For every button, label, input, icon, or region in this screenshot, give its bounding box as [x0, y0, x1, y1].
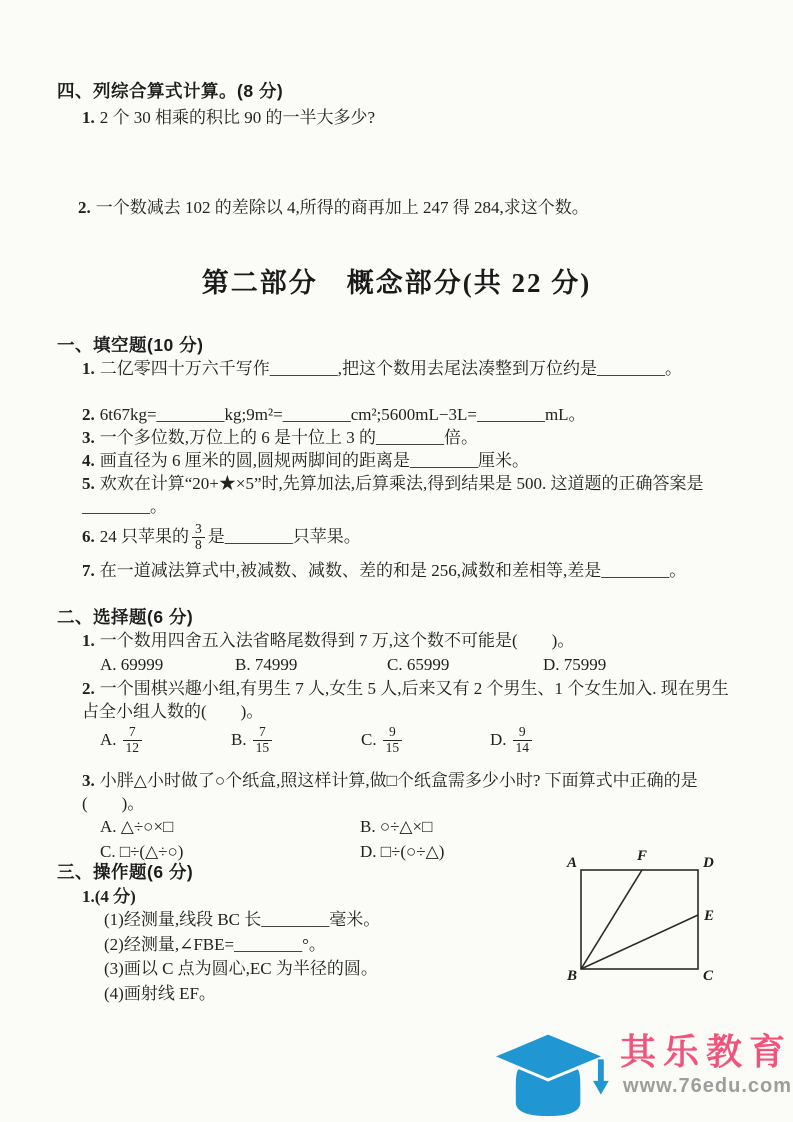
label-D: D — [702, 855, 714, 871]
option-a: A. △÷○×□ — [100, 815, 360, 838]
operate-steps: (1)经测量,线段 BC 长________毫米。 (2)经测量,∠FBE=__… — [104, 908, 544, 1006]
part-two-title: 第二部分 概念部分(共 22 分) — [0, 272, 793, 295]
fraction: 38 — [192, 522, 205, 552]
operate-step-4: (4)画射线 EF。 — [104, 982, 544, 1007]
question-text: 2 个 30 相乘的积比 90 的一半大多少? — [100, 108, 375, 127]
choice-question-1: 1.一个数用四舍五入法省略尾数得到 7 万,这个数不可能是( )。 — [82, 629, 744, 652]
fraction: 915 — [383, 725, 403, 755]
geometry-figure: A F D E B C — [548, 842, 738, 998]
question-text: 二亿零四十万六千写作________,把这个数用去尾法凑整到万位约是______… — [100, 359, 682, 378]
question-text: 6t67kg=________kg;9m²=________cm²;5600mL… — [100, 405, 586, 424]
fill-question-4: 4.画直径为 6 厘米的圆,圆规两脚间的距离是________厘米。 — [82, 449, 744, 472]
question-number: 2. — [78, 198, 91, 217]
fill-question-2: 2.6t67kg=________kg;9m²=________cm²;5600… — [82, 403, 744, 426]
square-diagram: A F D E B C — [548, 842, 738, 992]
question-number: 6. — [82, 527, 95, 546]
operate-step-3: (3)画以 C 点为圆心,EC 为半径的圆。 — [104, 957, 544, 982]
question-number: 1. — [82, 108, 95, 127]
fraction-numerator: 9 — [519, 725, 526, 740]
choice-q2-options: A.712 B.715 C.915 D.914 — [100, 726, 535, 756]
question-text: 小胖△小时做了○个纸盒,照这样计算,做□个纸盒需多少小时? 下面算式中正确的是(… — [82, 771, 698, 813]
option-d: D. □÷(○÷△) — [360, 840, 444, 863]
choice-q1-options: A. 69999 B. 74999 C. 65999 D. 75999 — [100, 653, 606, 676]
label-A: A — [566, 855, 577, 871]
option-d: D.914 — [490, 726, 535, 756]
fraction-numerator: 7 — [129, 725, 136, 740]
calc-question-2: 2.一个数减去 102 的差除以 4,所得的商再加上 247 得 284,求这个… — [78, 196, 740, 219]
operate-sub-number: 1.(4 分) — [82, 885, 136, 908]
option-b: B. ○÷△×□ — [360, 815, 432, 838]
question-text: 在一道减法算式中,被减数、减数、差的和是 256,减数和差相等,差是______… — [100, 561, 687, 580]
operate-step-1: (1)经测量,线段 BC 长________毫米。 — [104, 908, 544, 933]
fraction: 712 — [123, 725, 143, 755]
question-number: 3. — [82, 771, 95, 790]
option-b: B.715 — [231, 726, 361, 756]
choice-question-2: 2.一个围棋兴趣小组,有男生 7 人,女生 5 人,后来又有 2 个男生、1 个… — [82, 677, 744, 723]
fill-question-5: 5.欢欢在计算“20+★×5”时,先算加法,后算乘法,得到结果是 500. 这道… — [82, 472, 744, 518]
fill-question-1: 1.二亿零四十万六千写作________,把这个数用去尾法凑整到万位约是____… — [82, 357, 744, 380]
fraction: 914 — [513, 725, 533, 755]
choice-section-heading: 二、选择题(6 分) — [57, 606, 193, 629]
fraction-denominator: 15 — [253, 740, 273, 756]
question-text: 一个数减去 102 的差除以 4,所得的商再加上 247 得 284,求这个数。 — [96, 198, 589, 217]
fraction-numerator: 7 — [259, 725, 266, 740]
label-E: E — [703, 908, 714, 924]
label-B: B — [566, 968, 577, 984]
fraction-denominator: 8 — [192, 537, 205, 553]
option-c: C. □÷(△÷○) — [100, 840, 360, 863]
question-number: 5. — [82, 474, 95, 493]
question-text: 一个围棋兴趣小组,有男生 7 人,女生 5 人,后来又有 2 个男生、1 个女生… — [82, 679, 729, 721]
choice-q3-options-row2: C. □÷(△÷○) D. □÷(○÷△) — [100, 840, 444, 863]
label-C: C — [703, 968, 714, 984]
section-calc-heading: 四、列综合算式计算。(8 分) — [57, 80, 283, 103]
question-text: 24 只苹果的 — [100, 527, 189, 546]
question-text: 一个多位数,万位上的 6 是十位上 3 的________倍。 — [100, 428, 478, 447]
question-text: 画直径为 6 厘米的圆,圆规两脚间的距离是________厘米。 — [100, 451, 529, 470]
choice-q3-options-row1: A. △÷○×□ B. ○÷△×□ — [100, 815, 432, 838]
graduation-cap-icon — [492, 1032, 610, 1120]
operate-step-2: (2)经测量,∠FBE=________°。 — [104, 933, 544, 958]
logo-website-url: www.76edu.com — [623, 1075, 792, 1097]
question-number: 3. — [82, 428, 95, 447]
fraction-denominator: 15 — [383, 740, 403, 756]
fraction: 715 — [253, 725, 273, 755]
option-c: C. 65999 — [387, 653, 543, 676]
question-number: 1. — [82, 631, 95, 650]
option-b: B. 74999 — [235, 653, 387, 676]
operate-section-heading: 三、操作题(6 分) — [57, 861, 193, 884]
logo-text-block: 其乐教育 www.76edu.com — [620, 1032, 792, 1097]
option-a: A.712 — [100, 726, 231, 756]
label-F: F — [636, 848, 647, 864]
square-ABCD — [581, 870, 698, 969]
fraction-denominator: 14 — [513, 740, 533, 756]
question-text: 是________只苹果。 — [208, 527, 361, 546]
question-number: 2. — [82, 405, 95, 424]
fraction-denominator: 12 — [123, 740, 143, 756]
question-number: 4. — [82, 451, 95, 470]
fill-question-7: 7.在一道减法算式中,被减数、减数、差的和是 256,减数和差相等,差是____… — [82, 559, 744, 582]
exam-paper-page: 四、列综合算式计算。(8 分) 1.2 个 30 相乘的积比 90 的一半大多少… — [0, 0, 793, 1122]
fill-section-heading: 一、填空题(10 分) — [57, 334, 203, 357]
publisher-logo: 其乐教育 www.76edu.com — [492, 1032, 792, 1120]
fraction-numerator: 9 — [389, 725, 396, 740]
choice-question-3: 3.小胖△小时做了○个纸盒,照这样计算,做□个纸盒需多少小时? 下面算式中正确的… — [82, 769, 744, 815]
option-d: D. 75999 — [543, 653, 606, 676]
calc-question-1: 1.2 个 30 相乘的积比 90 的一半大多少? — [82, 106, 744, 129]
fill-question-6: 6.24 只苹果的38是________只苹果。 — [82, 523, 744, 553]
question-text: 一个数用四舍五入法省略尾数得到 7 万,这个数不可能是( )。 — [100, 631, 575, 650]
fraction-numerator: 3 — [195, 522, 202, 537]
logo-brand-name: 其乐教育 — [620, 1032, 792, 1072]
question-number: 7. — [82, 561, 95, 580]
question-number: 1. — [82, 359, 95, 378]
question-text: 欢欢在计算“20+★×5”时,先算加法,后算乘法,得到结果是 500. 这道题的… — [82, 474, 704, 516]
option-c: C.915 — [361, 726, 490, 756]
question-number: 2. — [82, 679, 95, 698]
option-a: A. 69999 — [100, 653, 235, 676]
fill-question-3: 3.一个多位数,万位上的 6 是十位上 3 的________倍。 — [82, 426, 744, 449]
